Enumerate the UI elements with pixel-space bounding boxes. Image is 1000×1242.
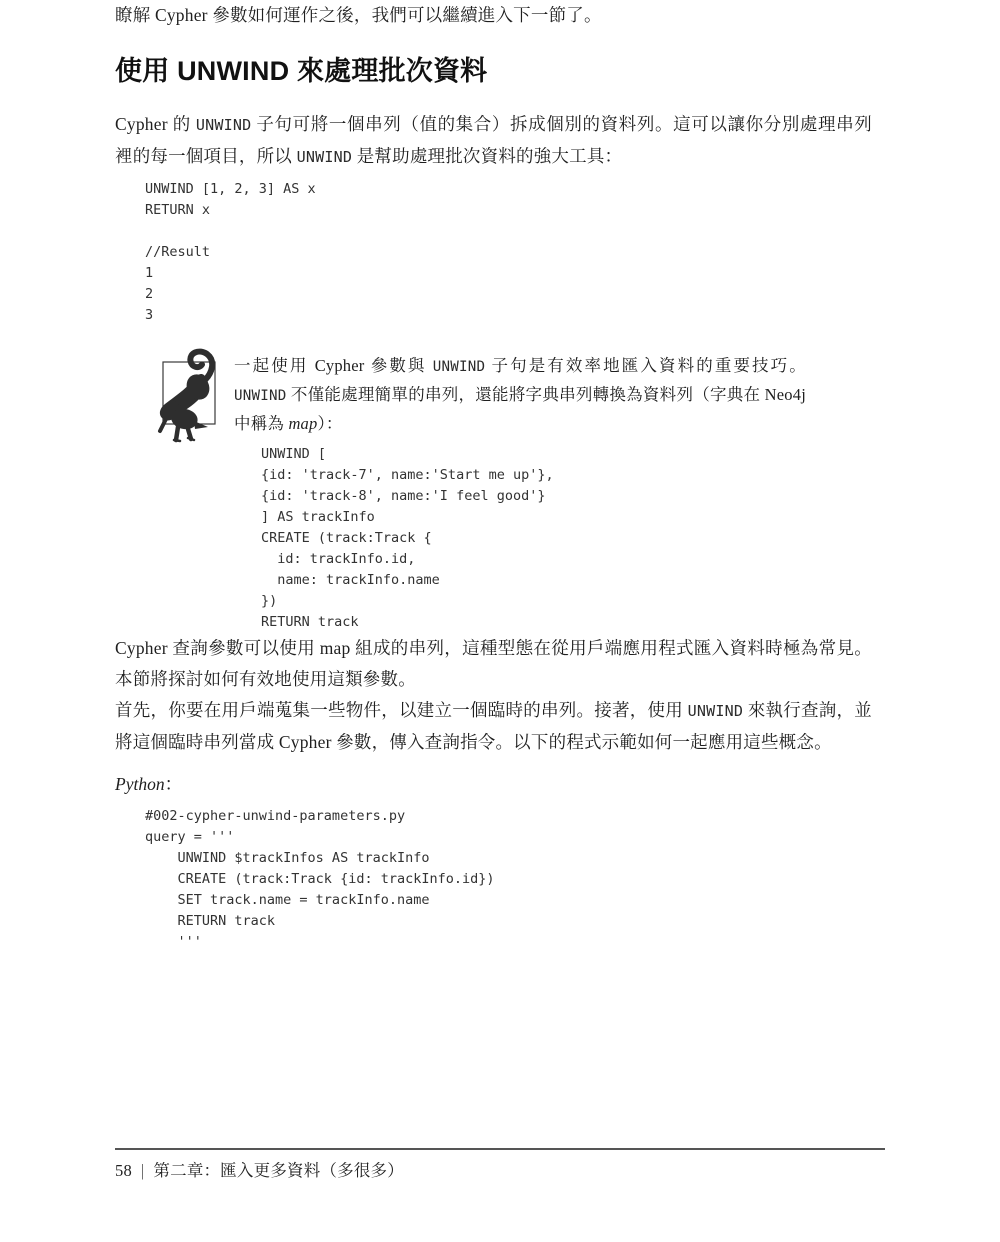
note-text: 一起使用 Cypher 參數與 UNWIND 子句是有效率地匯入資料的重要技巧。… [234, 352, 806, 437]
code-block-unwind-simple: UNWIND [1, 2, 3] AS x RETURN x //Result … [145, 179, 872, 326]
page-content: 瞭解 Cypher 參數如何運作之後，我們可以繼續進入下一節了。 使用 UNWI… [115, 0, 872, 953]
map-params-paragraph: Cypher 查詢參數可以使用 map 組成的串列，這種型態在從用戶端應用程式匯… [115, 633, 872, 695]
code-block-unwind-maps: UNWIND [ {id: 'track-7', name:'Start me … [261, 444, 806, 633]
intro-paragraph: 瞭解 Cypher 參數如何運作之後，我們可以繼續進入下一節了。 [115, 0, 872, 31]
footer-divider: | [141, 1161, 145, 1181]
page-footer: 58|第二章：匯入更多資料（多很多） [115, 1148, 885, 1181]
workflow-paragraph: 首先，你要在用戶端蒐集一些物件，以建立一個臨時的串列。接著，使用 UNWIND … [115, 695, 872, 758]
language-label: Python： [115, 769, 872, 800]
section-heading: 使用 UNWIND 來處理批次資料 [115, 54, 872, 88]
unwind-intro-paragraph: Cypher 的 UNWIND 子句可將一個串列（值的集合）拆成個別的資料列。這… [115, 109, 872, 173]
note-body: 一起使用 Cypher 參數與 UNWIND 子句是有效率地匯入資料的重要技巧。… [234, 351, 806, 633]
footer-text: 58|第二章：匯入更多資料（多很多） [115, 1157, 885, 1181]
code-block-python: #002-cypher-unwind-parameters.py query =… [145, 806, 872, 953]
book-page: 瞭解 Cypher 參數如何運作之後，我們可以繼續進入下一節了。 使用 UNWI… [0, 0, 1000, 1242]
lemur-icon [148, 347, 234, 450]
chapter-title: 第二章：匯入更多資料（多很多） [153, 1161, 404, 1180]
page-number: 58 [115, 1161, 132, 1180]
footer-rule [115, 1148, 885, 1150]
note-tip: 一起使用 Cypher 參數與 UNWIND 子句是有效率地匯入資料的重要技巧。… [148, 351, 872, 633]
